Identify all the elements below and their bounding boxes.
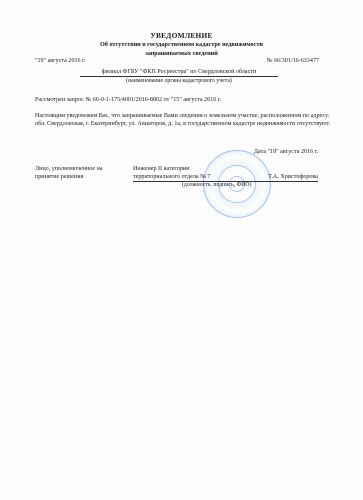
- organization-name: филиал ФГБУ "ФКП Росреестра" по Свердлов…: [80, 69, 278, 77]
- signatory-department: территориального отдела № 7: [133, 174, 210, 180]
- document-subtitle: Об отсутствии в государственном кадастре…: [0, 41, 363, 48]
- notice-body: Настоящим уведомляем Вас, что запрашивае…: [35, 112, 335, 129]
- signatory-role-label-line2: принятие решения: [35, 174, 83, 180]
- organization-caption: (наименование органа кадастрового учета): [80, 78, 278, 84]
- document-title: УВЕДОМЛЕНИЕ: [0, 31, 363, 40]
- signature-caption: (должность, подпись, ФИО): [182, 182, 251, 188]
- signatory-name: Т.А. Христофорова: [268, 174, 318, 180]
- issue-date: Дата "19" августа 2016 г.: [254, 149, 318, 155]
- document-page: УВЕДОМЛЕНИЕ Об отсутствии в государствен…: [0, 0, 363, 500]
- document-date: "19" августа 2016 г.: [35, 58, 85, 64]
- document-number: № 66/301/16-633477: [267, 58, 319, 64]
- document-subtitle-line2: запрашиваемых сведений: [0, 50, 363, 57]
- signatory-position: Инженер II категории: [133, 166, 189, 172]
- request-line: Рассмотрен запрос № 66-0-1-175/4001/2016…: [35, 96, 335, 104]
- signatory-role-label: Лицо, уполномоченное на: [35, 166, 103, 172]
